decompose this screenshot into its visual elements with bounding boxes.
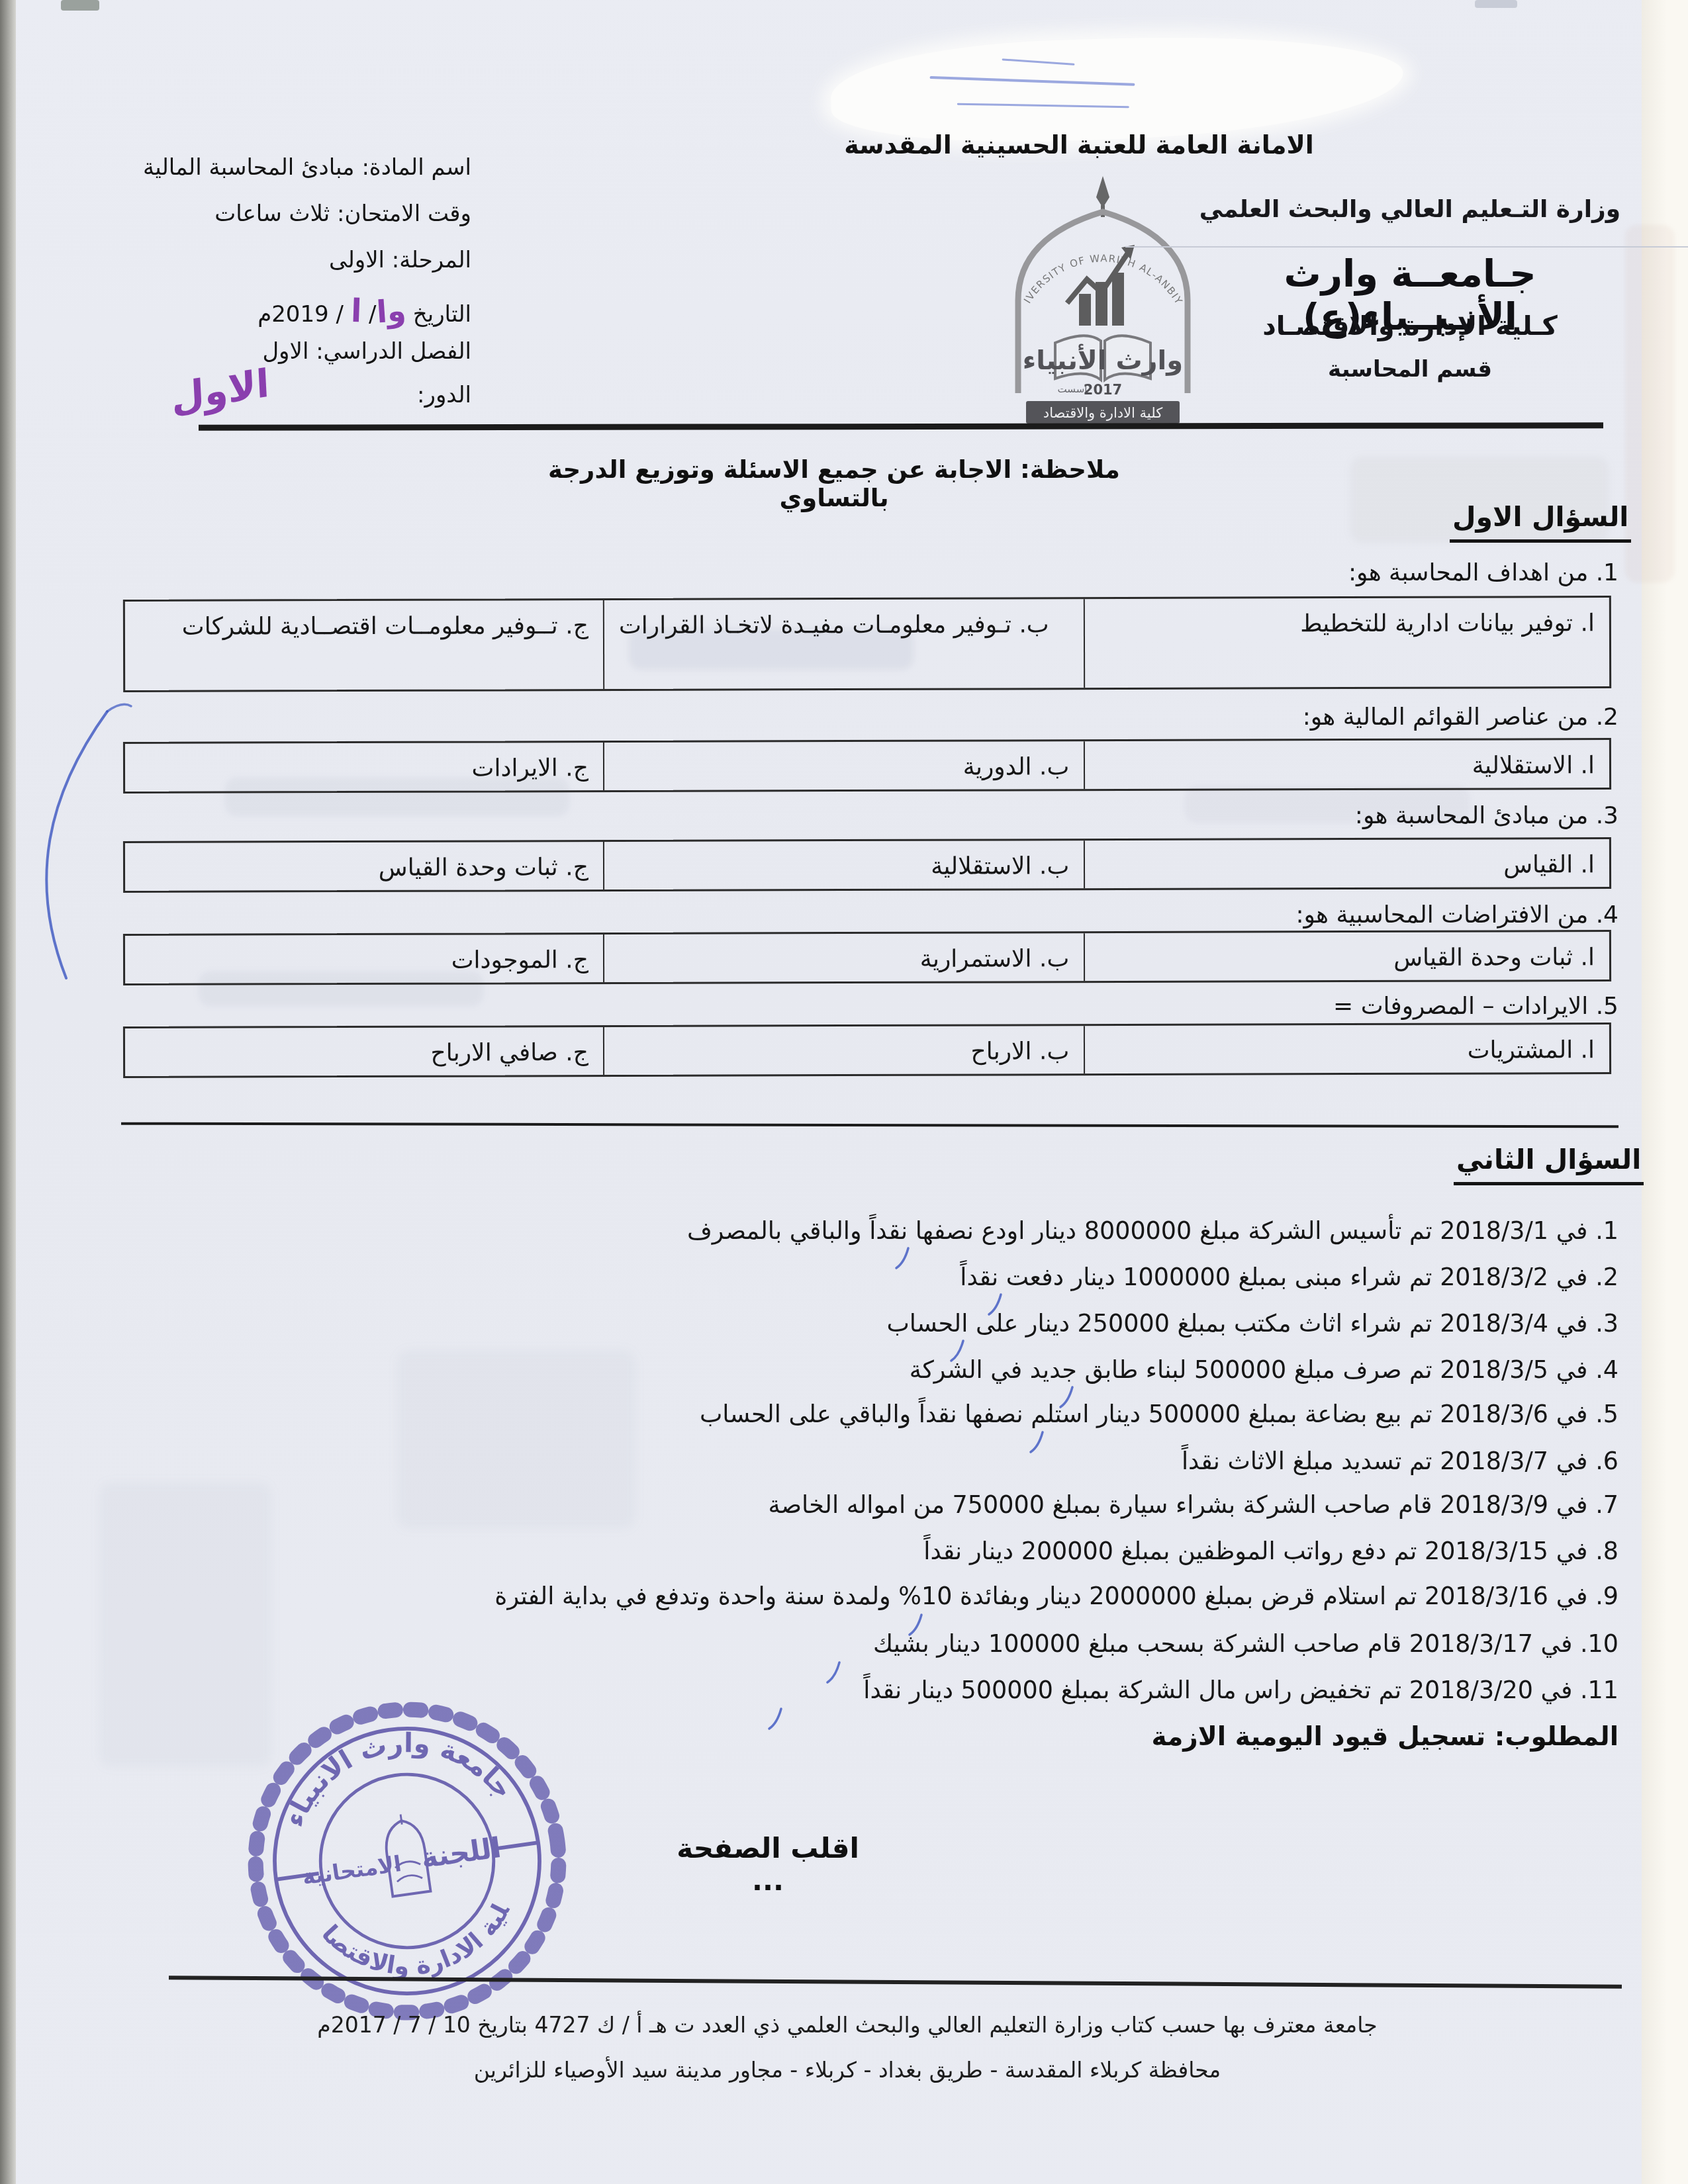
option-cell-a: ا. توفير بيانات ادارية للتخطيط	[1084, 598, 1609, 688]
scanned-exam-page: الامانة العامة للعتبة الحسينية المقدسة U…	[0, 0, 1688, 2184]
date-label: التاريخ	[413, 301, 471, 328]
option-cell-c: ج. ثبات وحدة القياس	[125, 842, 603, 891]
q1-stem-2: 2. من عناصر القوائم المالية هو:	[1303, 704, 1618, 731]
option-cell-a: ا. القياس	[1084, 839, 1609, 888]
university-logo: UNIVERSITY OF WARITH AL-ANBIYAA وارث الأ…	[992, 173, 1214, 426]
transaction-line-3: 3. في 2018/3/4 تم شراء اثاث مكتب بمبلغ 2…	[886, 1309, 1618, 1338]
transaction-line-11: 11. في 2018/3/20 تم تخفيض راس مال الشركة…	[863, 1676, 1618, 1704]
transaction-line-5: 5. في 2018/3/6 تم بيع بضاعة بمبلغ 500000…	[700, 1400, 1618, 1428]
option-cell-b: ب. الاستقلالية	[603, 841, 1084, 889]
option-cell-c: ج. الايرادات	[125, 743, 603, 792]
date-line: التاريخ وا/ ا / 2019م	[132, 291, 471, 331]
option-cell-b: ب. تـوفير معلومـات مفيـدة لاتخـاذ القرار…	[603, 599, 1084, 689]
q1-options-table-5: ا. المشتريات ب. الارباح ج. صافي الارباح	[123, 1023, 1611, 1078]
scanner-edge-left	[0, 0, 16, 2184]
logo-founded-label: اسست	[1058, 383, 1088, 395]
q2-title: السؤال الثاني	[1454, 1144, 1644, 1185]
handwritten-date-month: ا	[350, 291, 363, 332]
required-line: المطلوب: تسجيل قيود اليومية الازمة	[1152, 1722, 1618, 1752]
ministry-line: وزارة التـعليم العالي والبحث العلمي	[1198, 196, 1622, 223]
option-cell-a: ا. المشتريات	[1084, 1024, 1609, 1073]
date-year: / 2019م	[258, 301, 344, 328]
scan-corner-mark	[1475, 0, 1517, 8]
exam-committee-stamp: جامعة وارث الانبياء كلية الادارة والاقتص…	[197, 1671, 617, 2051]
transaction-line-8: 8. في 2018/3/15 تم دفع رواتب الموظفين بم…	[923, 1537, 1618, 1565]
logo-name-calligraphy: وارث الأنبياء	[1023, 343, 1183, 376]
q1-stem-3: 3. من مبادئ المحاسبة هو:	[1355, 802, 1618, 829]
subject-line: اسم المادة: مبادئ المحاسبة المالية	[132, 154, 471, 182]
logo-banner-text: كلية الادارة والاقتصاد	[1043, 405, 1162, 421]
transaction-line-7: 7. في 2018/3/9 قام صاحب الشركة بشراء سيا…	[769, 1490, 1618, 1519]
stamp-band-right-text: اللجنة	[419, 1831, 503, 1874]
pen-streak	[1002, 58, 1075, 66]
handwritten-date-day: وا	[375, 292, 407, 332]
pen-streak	[957, 103, 1129, 109]
transaction-line-1: 1. في 2018/3/1 تم تأسيس الشركة مبلغ 8000…	[687, 1216, 1618, 1245]
q1-stem-5: 5. الايرادات – المصروفات =	[1333, 993, 1618, 1020]
q1-options-table-4: ا. ثبات وحدة القياس ب. الاستمرارية ج. ال…	[123, 930, 1611, 985]
option-cell-b: ب. الارباح	[603, 1026, 1084, 1075]
stage-line: المرحلة: الاولى	[132, 246, 471, 275]
logo-founded-year: 2017	[1084, 382, 1122, 398]
semester-line: الفصل الدراسي: الاول	[132, 338, 471, 366]
option-cell-b: ب. الدورية	[603, 741, 1084, 790]
option-cell-c: ج. تــوفير معلومــات اقتصــادية للشركات	[125, 600, 603, 690]
department-name: قسم المحاسبة	[1198, 356, 1622, 383]
footer-accreditation-line: جامعة معترف بها حسب كتاب وزارة التعليم ا…	[252, 2012, 1443, 2038]
option-cell-a: ا. الاستقلالية	[1084, 740, 1609, 789]
pen-streak	[930, 76, 1135, 86]
q1-stem-1: 1. من اهداف المحاسبة هو:	[1348, 559, 1618, 586]
option-cell-c: ج. الموجودات	[125, 934, 603, 983]
q1-options-table-3: ا. القياس ب. الاستقلالية ج. ثبات وحدة ال…	[123, 837, 1611, 893]
stamp-band-left-text: الامتحانية	[301, 1851, 402, 1890]
q1-options-table-2: ا. الاستقلالية ب. الدورية ج. الايرادات	[123, 738, 1611, 794]
transaction-line-10: 10. في 2018/3/17 قام صاحب الشركة بسحب مب…	[873, 1629, 1618, 1658]
option-cell-a: ا. ثبات وحدة القياس	[1084, 932, 1609, 981]
date-slash: /	[369, 301, 376, 328]
footer-address-line: محافظة كربلاء المقدسة - طريق بغداد - كرب…	[371, 2057, 1324, 2083]
q1-title: السؤال الاول	[1450, 501, 1631, 543]
transaction-line-6: 6. في 2018/3/7 تم تسديد مبلغ الاثاث نقدا…	[1182, 1447, 1618, 1475]
college-name: كـلية الإدارة والاقتصـاد	[1198, 311, 1622, 341]
turn-page-note: اقلب الصفحة ...	[662, 1832, 874, 1897]
scan-corner-mark	[61, 0, 99, 11]
transaction-line-4: 4. في 2018/3/5 تم صرف مبلغ 500000 لبناء …	[910, 1355, 1618, 1384]
transaction-line-9: 9. في 2018/3/16 تم استلام قرض بمبلغ 2000…	[494, 1582, 1618, 1610]
header-scan-line	[1125, 246, 1688, 248]
transaction-line-2: 2. في 2018/3/2 تم شراء مبنى بمبلغ 100000…	[960, 1263, 1618, 1291]
logo-pen-nib	[1096, 176, 1109, 208]
q1-options-table-1: ا. توفير بيانات ادارية للتخطيط ب. تـوفير…	[123, 596, 1611, 692]
q1-stem-4: 4. من الافتراضات المحاسبية هو:	[1295, 901, 1618, 929]
option-cell-b: ب. الاستمرارية	[603, 933, 1084, 982]
exam-note: ملاحظة: الاجابة عن جميع الاسئلة وتوزيع ا…	[510, 455, 1158, 512]
shrine-header: الامانة العامة للعتبة الحسينية المقدسة	[715, 130, 1443, 159]
exam-time-line: وقت الامتحان: ثلاث ساعات	[132, 200, 471, 228]
page-edge-right	[1642, 0, 1688, 2184]
option-cell-c: ج. صافي الارباح	[125, 1027, 603, 1076]
